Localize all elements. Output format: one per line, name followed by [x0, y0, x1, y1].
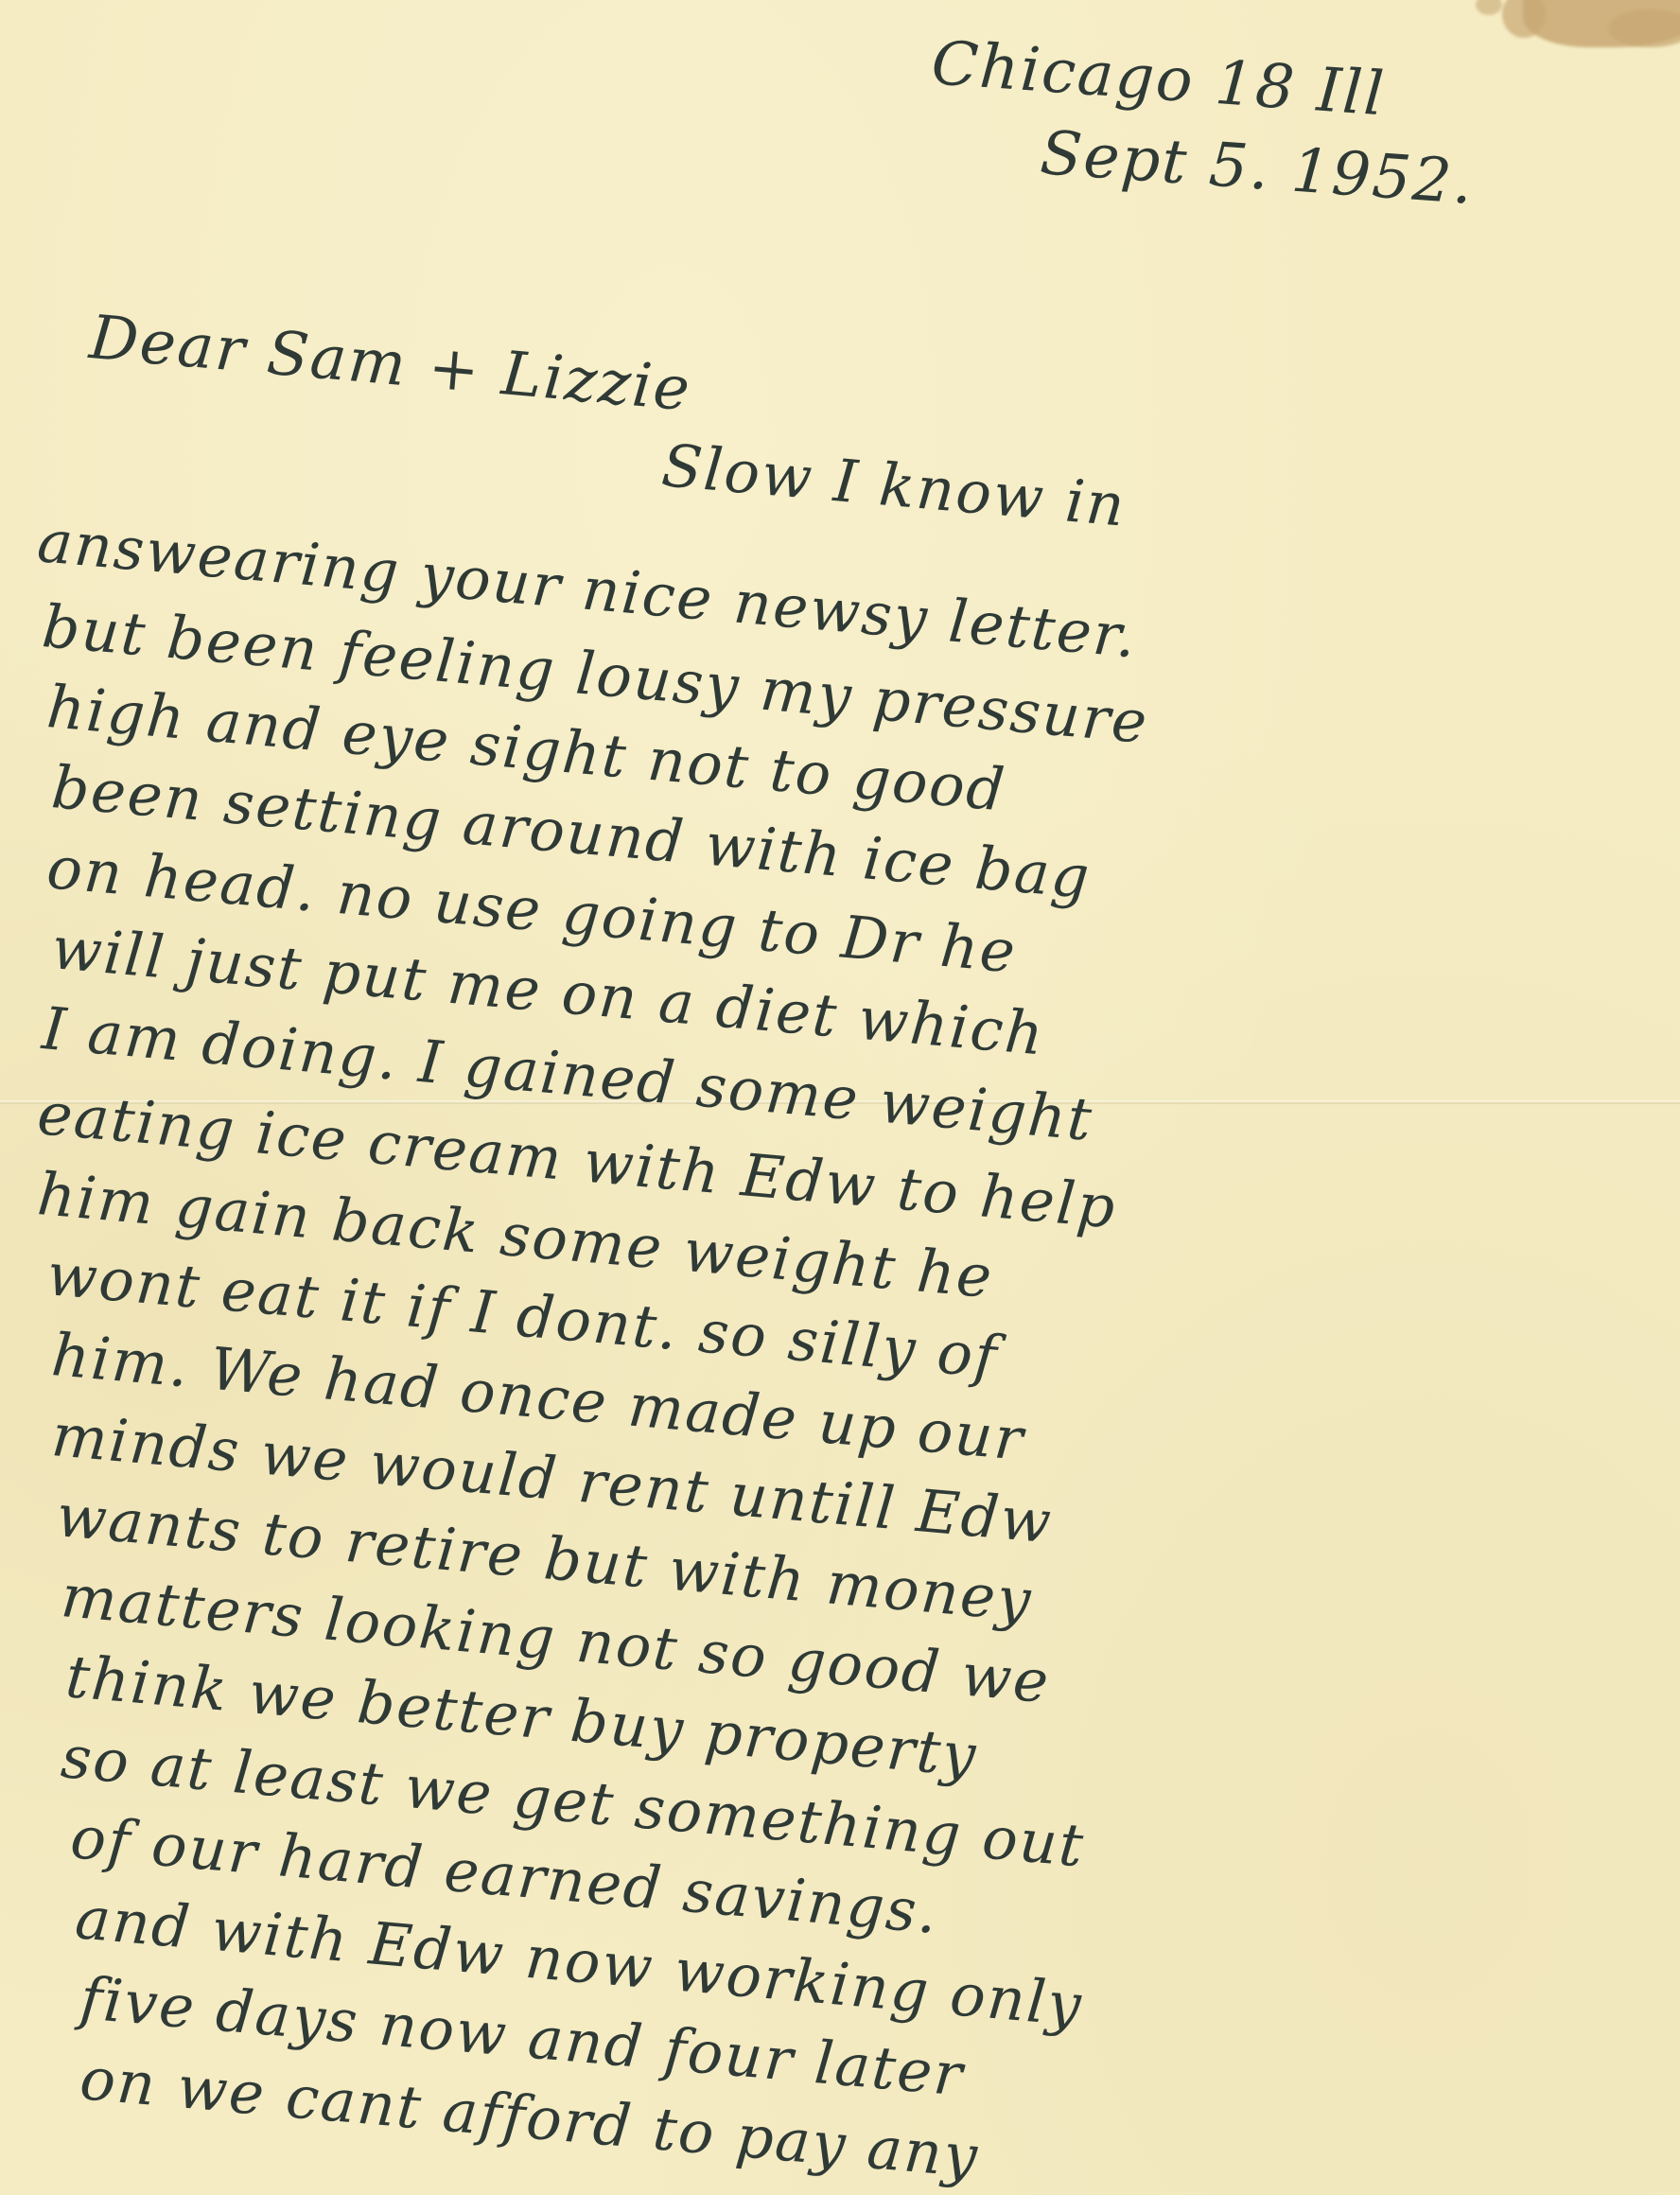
stain-mark [1476, 0, 1502, 15]
salutation: Dear Sam + Lizzie [87, 303, 694, 425]
letter-date: Sept 5. 1952. [1038, 118, 1476, 219]
letter-page: Chicago 18 Ill Sept 5. 1952. Dear Sam + … [0, 0, 1680, 2195]
letter-place: Chicago 18 Ill [929, 28, 1387, 130]
body-line: Slow I know in [659, 430, 1129, 540]
